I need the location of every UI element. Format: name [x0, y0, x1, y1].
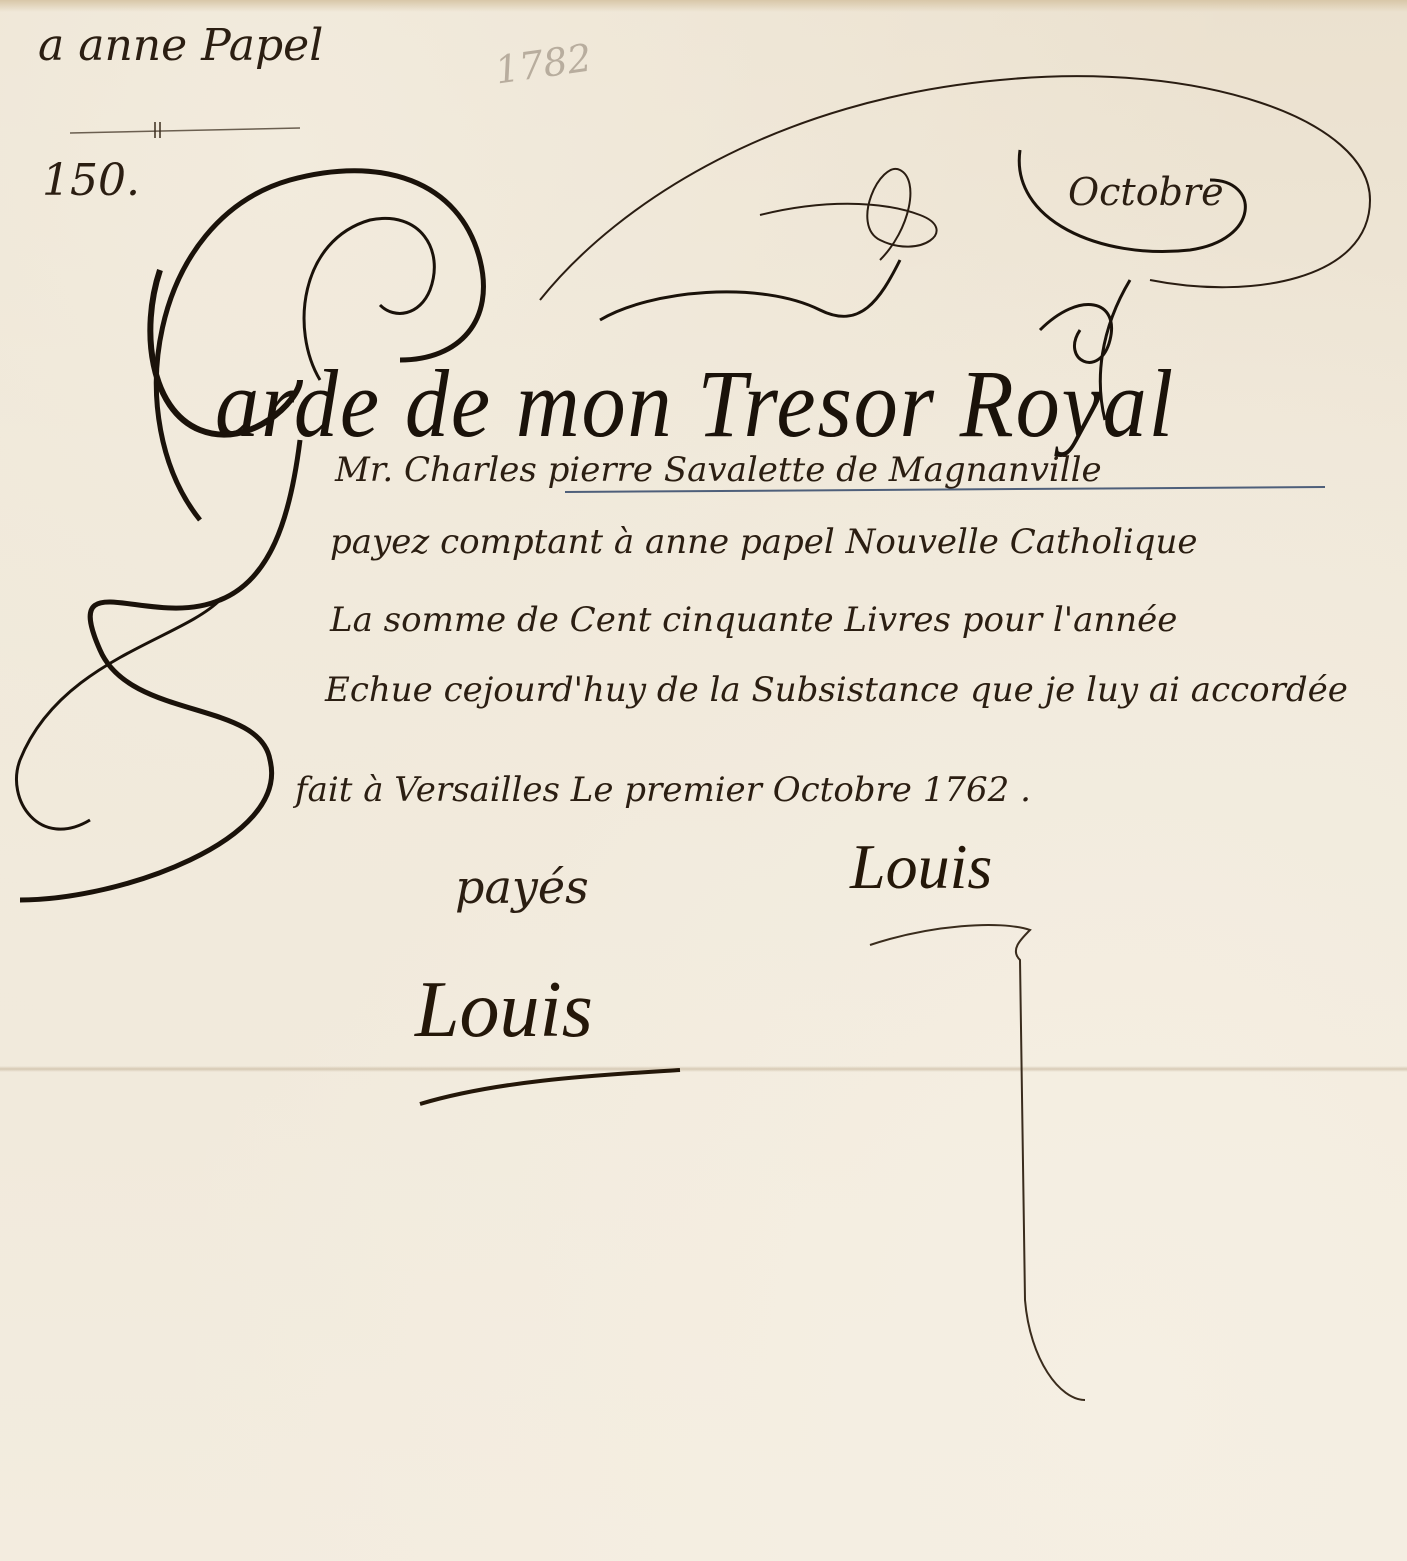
body-line-3: La somme de Cent cinquante Livres pour l…	[330, 600, 1177, 640]
body-line-1: Mr. Charles pierre Savalette de Magnanvi…	[335, 450, 1102, 490]
amount-note: 150.	[42, 155, 140, 206]
secondary-signature: Louis	[415, 965, 593, 1056]
body-line-2: payez comptant à anne papel Nouvelle Cat…	[330, 522, 1198, 562]
body-line-5-date: fait à Versailles Le premier Octobre 176…	[295, 770, 1031, 810]
pencil-year-note: 1782	[492, 35, 594, 92]
month-cartouche: Octobre	[1068, 170, 1224, 214]
recipient-note: a anne Papel	[38, 20, 323, 71]
heading-text: arde de mon Tresor Royal	[215, 350, 1175, 457]
paper-top-edge	[0, 0, 1407, 12]
payee-note: payés	[455, 860, 589, 914]
body-line-4: Echue cejourd'huy de la Subsistance que …	[325, 670, 1348, 710]
document-heading: arde de mon Tresor Royal	[215, 348, 1175, 459]
king-signature: Louis	[850, 830, 992, 904]
document-page: a anne Papel 150. 1782 Octobre arde de m…	[0, 0, 1407, 1561]
paper-fold-line	[0, 1066, 1407, 1072]
